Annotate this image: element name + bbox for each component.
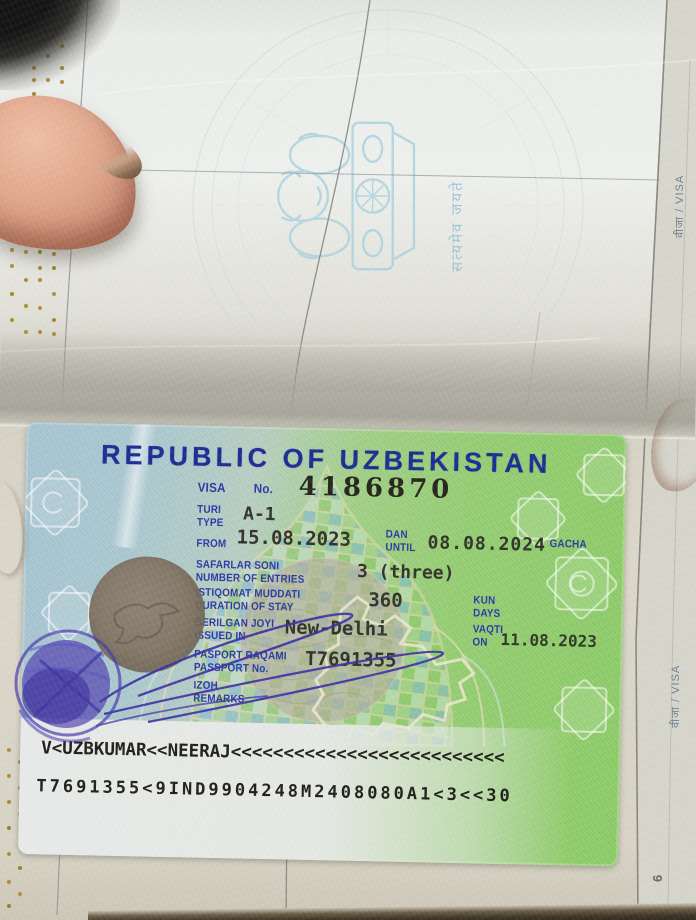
visa-word-label: VISA [198,481,226,495]
ink-stamp-and-signature [0,555,500,805]
visa-no-label: No. [254,482,274,495]
page-edge-label-bottom: वीजा / VISA [668,665,683,728]
visa-number-value: 4186870 [298,472,453,505]
until-label-en: UNTIL [385,542,415,556]
issued-on-value: 11.08.2023 [500,630,597,651]
passport-photo: सत्यमेव जयते [0,0,696,920]
until-value: 08.08.2024 [427,532,546,555]
from-label: FROM [196,538,226,552]
from-value: 15.08.2023 [236,526,351,550]
page-number: 6 [650,875,665,882]
type-value: A-1 [243,504,276,526]
tactile-dots-middle [10,248,14,252]
page-edge-label-top: वीजा / VISA [672,175,687,238]
type-label-uz: TURI [197,504,221,517]
ashoka-emblem [278,123,414,269]
emblem-motto-text: सत्यमेव जयते [447,180,467,272]
type-label-en: TYPE [197,517,224,531]
photo-dark-corner [0,0,120,90]
gacha-label: GACHA [549,538,586,552]
until-label-uz: DAN [386,529,408,542]
